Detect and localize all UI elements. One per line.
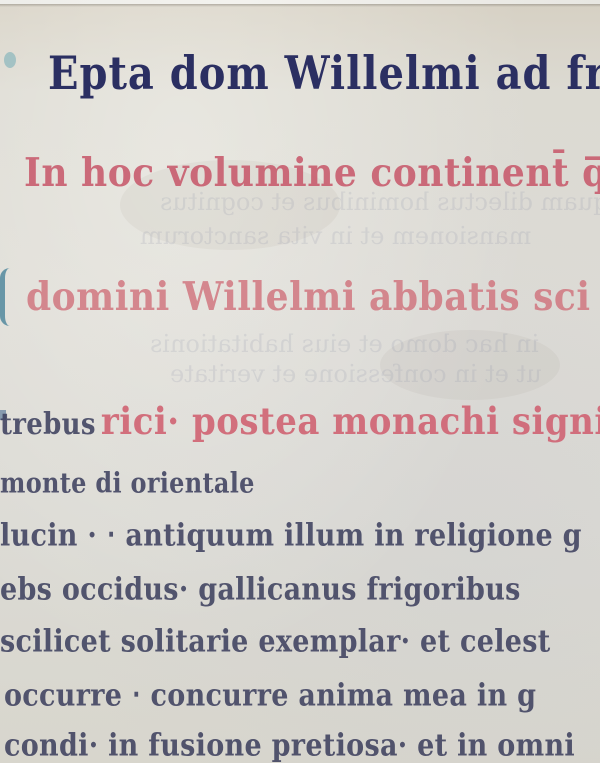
- body-text-line: occurre ‧ concurre anima mea in g: [4, 678, 536, 714]
- mixed-text-line: trebus rici· postea monachi signi: [0, 402, 600, 442]
- show-through-line: mansionem et in vita sanctorum: [140, 222, 531, 250]
- body-text-line: lucin · ‧ antiquum illum in religione g: [0, 518, 582, 554]
- body-text-line: ebs occidus· gallicanus frigoribus: [0, 572, 521, 608]
- blue-paragraph-bracket-icon: [0, 268, 15, 326]
- blue-initial-dot-icon: [4, 52, 16, 68]
- rubric-words: rici· postea monachi signi: [101, 400, 600, 444]
- manuscript-page: quam dilectus hominibus et cognitus mans…: [0, 0, 600, 763]
- rubric-line: domini Willelmi abbatis sci Th: [26, 274, 600, 320]
- show-through-line: in hac domo et eius habitationis: [150, 330, 539, 358]
- rubric-line: In hoc volumine continent̄ q̅l: [24, 150, 600, 196]
- ink-word: trebus: [0, 408, 96, 443]
- body-text-line: scilicet solitarie exemplar· et celest: [0, 624, 551, 660]
- body-text-line: condi· in fusione pretiosa· et in omni: [4, 728, 575, 763]
- show-through-line: ut et in confessione et veritate: [170, 360, 542, 388]
- manuscript-heading-line: Epta dom Willelmi ad frē: [48, 46, 600, 100]
- body-text-line: monte di orientale: [0, 466, 255, 499]
- page-top-shadow: [0, 4, 600, 7]
